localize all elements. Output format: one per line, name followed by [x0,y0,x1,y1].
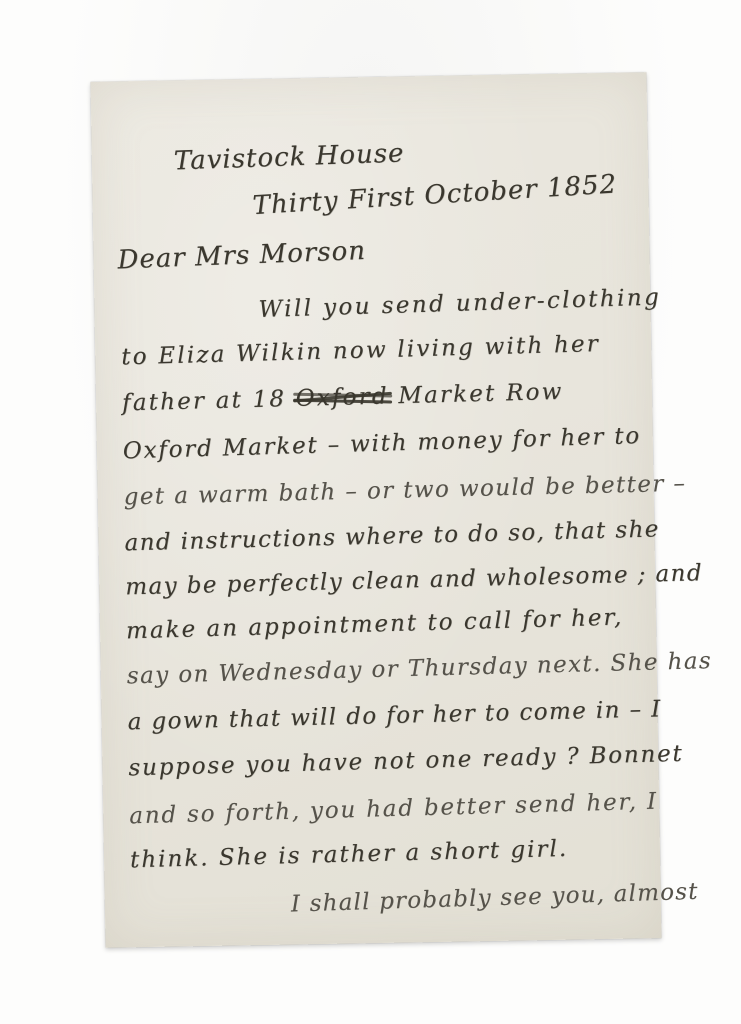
letter-line: and instructions where to do so, that sh… [124,516,660,556]
letter-line: think. She is rather a short girl. [130,836,569,873]
letter-photograph: Tavistock House Thirty First October 185… [0,0,741,1024]
letter-line: Oxford Market – with money for her to [123,423,642,464]
letter-address: Tavistock House [173,138,405,176]
letter-line: suppose you have not one ready ? Bonnet [128,741,684,782]
letter-line: make an appointment to call for her, [126,604,624,644]
letter-line: and so forth, you had better send her, I [129,789,658,830]
letter-line: may be perfectly clean and wholesome ; a… [125,560,703,600]
letter-line: say on Wednesday or Thursday next. She h… [127,648,713,689]
letter-body: Will you send under-clothing to Eliza Wi… [90,72,646,82]
letter-line: father at 18 Oxford Market Row [122,379,564,417]
letter-line: to Eliza Wilkin now living with her [121,331,600,370]
letter-line: get a warm bath – or two would be better… [123,471,686,511]
struck-out-word: Oxford [295,383,389,411]
letter-line: I shall probably see you, almost [290,879,699,918]
letter-line-segment: Market Row [388,379,563,410]
letter-line: a gown that will do for her to come in –… [127,696,662,735]
letter-date: Thirty First October 1852 [252,169,618,221]
letter-salutation: Dear Mrs Morson [117,236,366,276]
letter-line-segment: father at 18 [122,386,296,417]
letter-line: Will you send under-clothing [258,284,661,323]
letter-page: Tavistock House Thirty First October 185… [90,72,661,948]
